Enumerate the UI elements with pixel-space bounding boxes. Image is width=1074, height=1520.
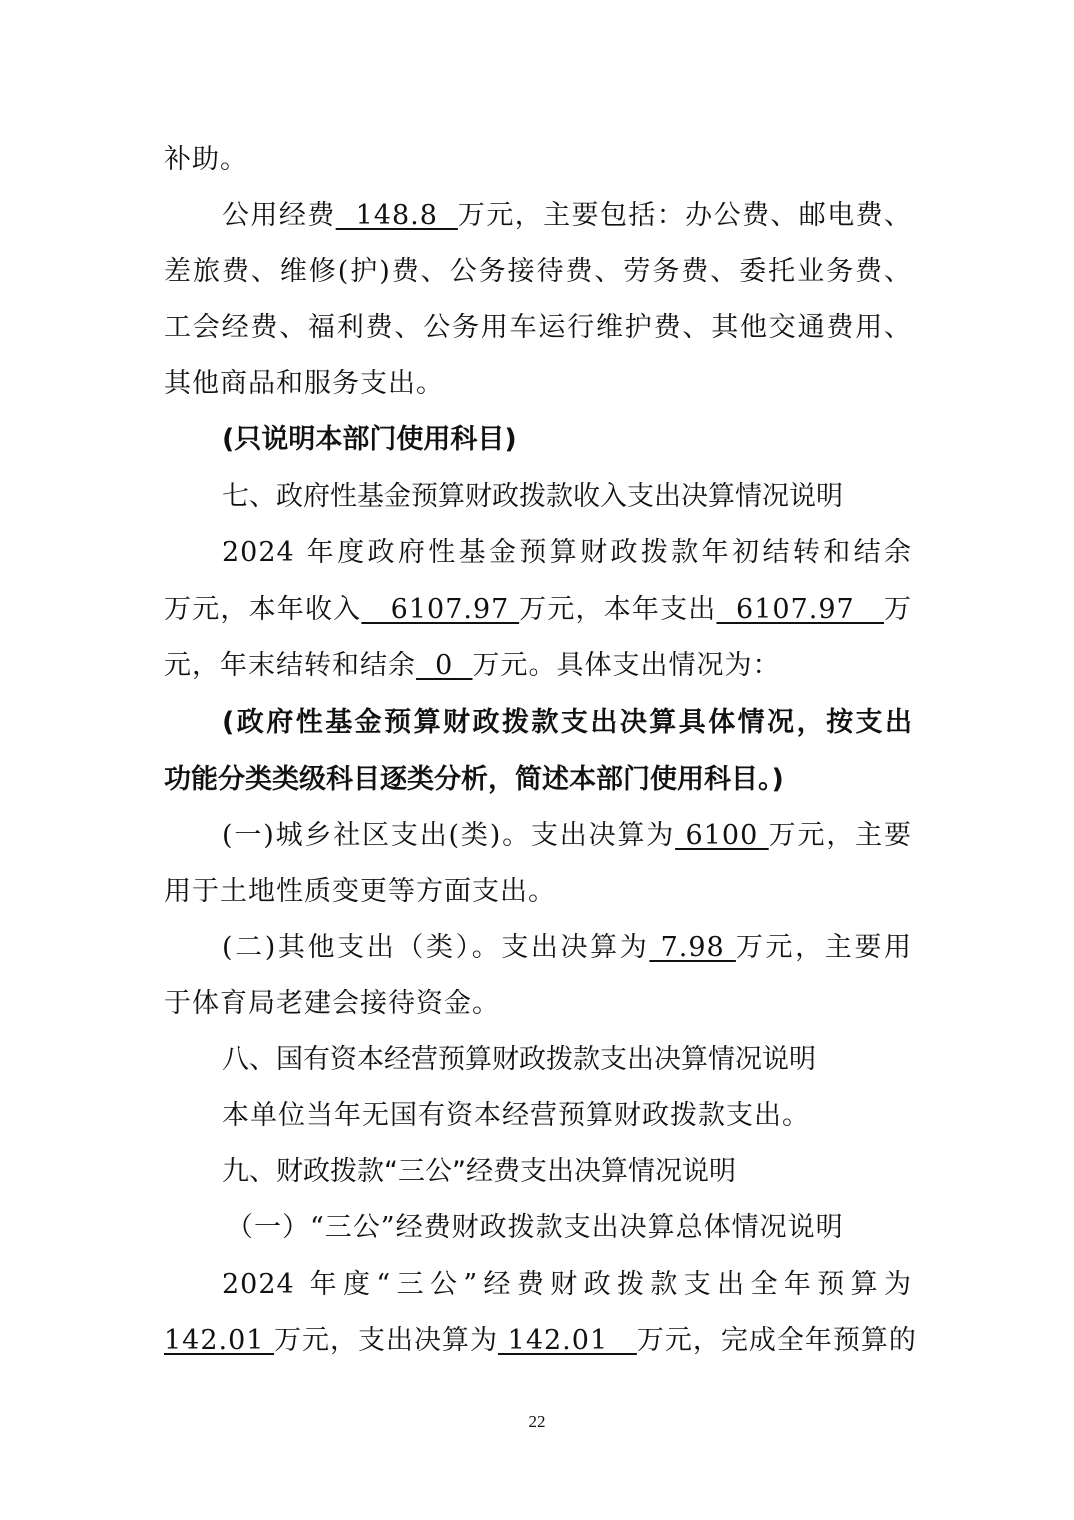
section-heading-8: 八、国有资本经营预算财政拨款支出决算情况说明	[222, 1040, 912, 1080]
expense-value: 6107.97	[716, 594, 884, 625]
text: 公用经费	[222, 200, 336, 231]
text: 万	[884, 594, 912, 625]
text-line: 工会经费、福利费、公务用车运行维护费、其他交通费用、	[164, 308, 912, 348]
text-line: 本单位当年无国有资本经营预算财政拨款支出。	[222, 1096, 912, 1136]
text: （一）“三公”经费财政拨款支出决算总体情况说明	[226, 1212, 844, 1243]
text: 万元，本年收入	[164, 594, 361, 625]
actual-value: 142.01	[498, 1325, 637, 1356]
public-expense-paragraph: 公用经费 148.8 万元，主要包括：办公费、邮电费、	[222, 196, 912, 236]
heading-text: 九、财政拨款“三公”经费支出决算情况说明	[222, 1156, 736, 1187]
text: (政府性基金预算财政拨款支出决算具体情况，按支出	[222, 707, 912, 738]
text: 差旅费、维修(护)费、公务接待费、劳务费、委托业务费、	[164, 256, 912, 287]
text: 用于土地性质变更等方面支出。	[164, 876, 556, 907]
budget-value: 142.01	[164, 1325, 274, 1356]
text: 万元，本年支出	[519, 594, 716, 625]
text-line: 用于土地性质变更等方面支出。	[164, 872, 912, 912]
text: 工会经费、福利费、公务用车运行维护费、其他交通费用、	[164, 312, 912, 343]
heading-text: 八、国有资本经营预算财政拨款支出决算情况说明	[222, 1044, 816, 1075]
fund-balance-line: 元，年末结转和结余 0 万元。具体支出情况为：	[164, 646, 912, 686]
text: 元，年末结转和结余	[164, 650, 416, 681]
other-expense-value: 7.98	[649, 932, 736, 963]
income-value: 6107.97	[361, 594, 519, 625]
text-line: 于体育局老建会接待资金。	[164, 984, 912, 1024]
note-text: (只说明本部门使用科目)	[222, 420, 912, 460]
text: (二)其他支出（类）。支出决算为	[222, 932, 649, 963]
heading-text: 七、政府性基金预算财政拨款收入支出决算情况说明	[222, 481, 843, 512]
fund-income-expense-line: 万元，本年收入 6107.97 万元，本年支出 6107.97 万	[164, 590, 912, 630]
text: 万元，主要包括：办公费、邮电费、	[458, 200, 912, 231]
text: (只说明本部门使用科目)	[222, 424, 517, 455]
text: 其他商品和服务支出。	[164, 368, 444, 399]
text: 万元。具体支出情况为：	[473, 650, 781, 681]
page-number: 22	[0, 1412, 1074, 1432]
text: (一)城乡社区支出(类)。支出决算为	[222, 820, 675, 851]
text: 2024 年度政府性基金预算财政拨款年初结转和结余	[222, 537, 912, 568]
text-line: 补助。	[164, 140, 912, 180]
text-line: 其他商品和服务支出。	[164, 364, 912, 404]
other-expense-line: (二)其他支出（类）。支出决算为 7.98 万元，主要用	[222, 928, 912, 968]
text: 本单位当年无国有资本经营预算财政拨款支出。	[222, 1100, 810, 1131]
subsection-heading: （一）“三公”经费财政拨款支出决算总体情况说明	[226, 1208, 886, 1248]
balance-value: 0	[416, 650, 473, 681]
document-page: 补助。 公用经费 148.8 万元，主要包括：办公费、邮电费、 差旅费、维修(护…	[0, 0, 1074, 1520]
text-line: 差旅费、维修(护)费、公务接待费、劳务费、委托业务费、	[164, 252, 912, 292]
text: 补助。	[164, 144, 248, 175]
note-text: 功能分类类级科目逐类分析，简述本部门使用科目。)	[164, 760, 912, 800]
urban-rural-expense-line: (一)城乡社区支出(类)。支出决算为 6100 万元，主要	[222, 816, 912, 856]
text: 万元，完成全年预算的	[637, 1325, 917, 1356]
text: 功能分类类级科目逐类分析，简述本部门使用科目。)	[164, 764, 784, 795]
text: 2024 年度“三公”经费财政拨款支出全年预算为	[222, 1269, 912, 1300]
public-expense-value: 148.8	[336, 200, 458, 231]
text: 于体育局老建会接待资金。	[164, 988, 500, 1019]
text-line: 2024 年度“三公”经费财政拨款支出全年预算为	[222, 1265, 912, 1305]
section-heading-7: 七、政府性基金预算财政拨款收入支出决算情况说明	[222, 477, 912, 517]
text: 万元，支出决算为	[274, 1325, 498, 1356]
three-public-budget-line: 142.01 万元，支出决算为 142.01 万元，完成全年预算的	[164, 1321, 912, 1361]
text-line: 2024 年度政府性基金预算财政拨款年初结转和结余	[222, 533, 912, 573]
text: 万元，主要用	[736, 932, 912, 963]
section-heading-9: 九、财政拨款“三公”经费支出决算情况说明	[222, 1152, 912, 1192]
text: 万元，主要	[769, 820, 912, 851]
note-text: (政府性基金预算财政拨款支出决算具体情况，按支出	[222, 703, 912, 743]
urban-rural-value: 6100	[675, 820, 769, 851]
